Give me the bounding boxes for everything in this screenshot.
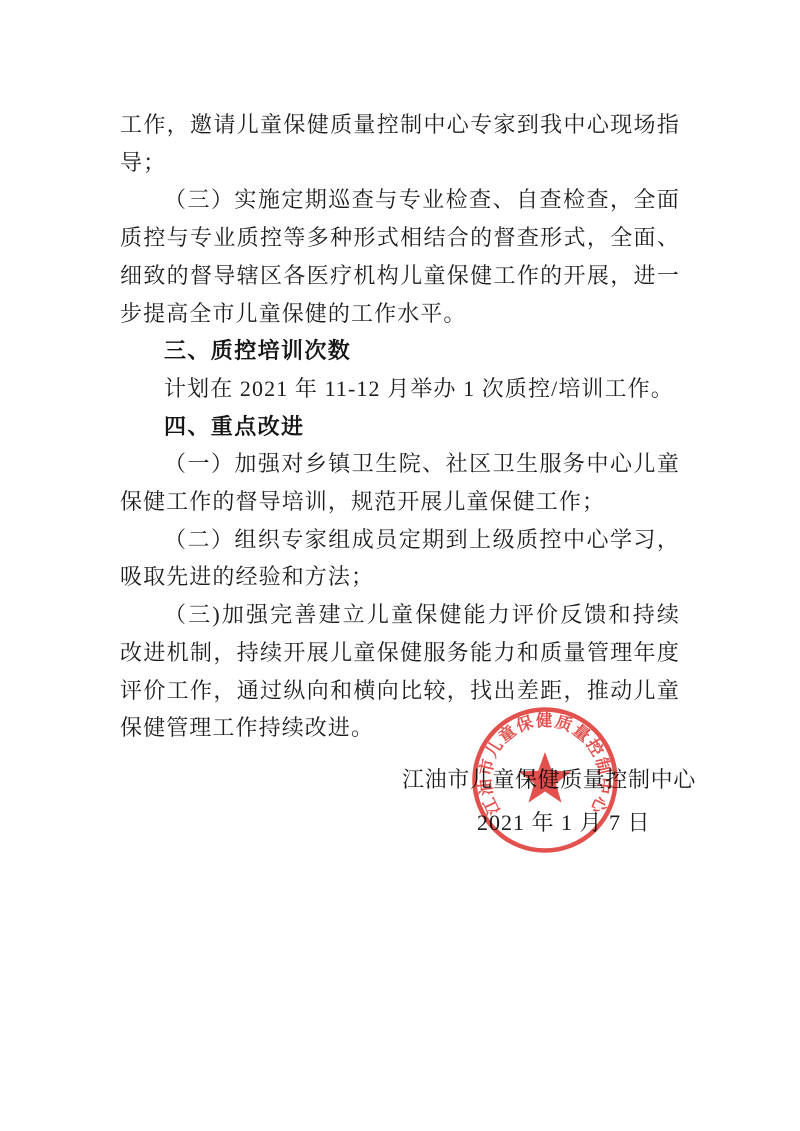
document-body: 工作，邀请儿童保健质量控制中心专家到我中心现场指导； （三）实施定期巡查与专业检…: [120, 106, 680, 747]
section-heading-3: 三、质控培训次数: [120, 332, 680, 370]
paragraph: 计划在 2021 年 11-12 月举办 1 次质控/培训工作。: [120, 370, 680, 408]
signature-date: 2021 年 1 月 7 日: [477, 806, 651, 837]
paragraph: （二）组织专家组成员定期到上级质控中心学习，吸取先进的经验和方法；: [120, 521, 680, 596]
paragraph: （三)加强完善建立儿童保健能力评价反馈和持续改进机制，持续开展儿童保健服务能力和…: [120, 596, 680, 747]
signature-organization: 江油市儿童保健质量控制中心: [402, 763, 696, 794]
paragraph: （一）加强对乡镇卫生院、社区卫生服务中心儿童保健工作的督导培训，规范开展儿童保健…: [120, 445, 680, 520]
section-heading-4: 四、重点改进: [120, 408, 680, 446]
paragraph: （三）实施定期巡查与专业检查、自查检查，全面质控与专业质控等多种形式相结合的督查…: [120, 181, 680, 332]
paragraph: 工作，邀请儿童保健质量控制中心专家到我中心现场指导；: [120, 106, 680, 181]
document-page: 工作，邀请儿童保健质量控制中心专家到我中心现场指导； （三）实施定期巡查与专业检…: [0, 0, 800, 1131]
